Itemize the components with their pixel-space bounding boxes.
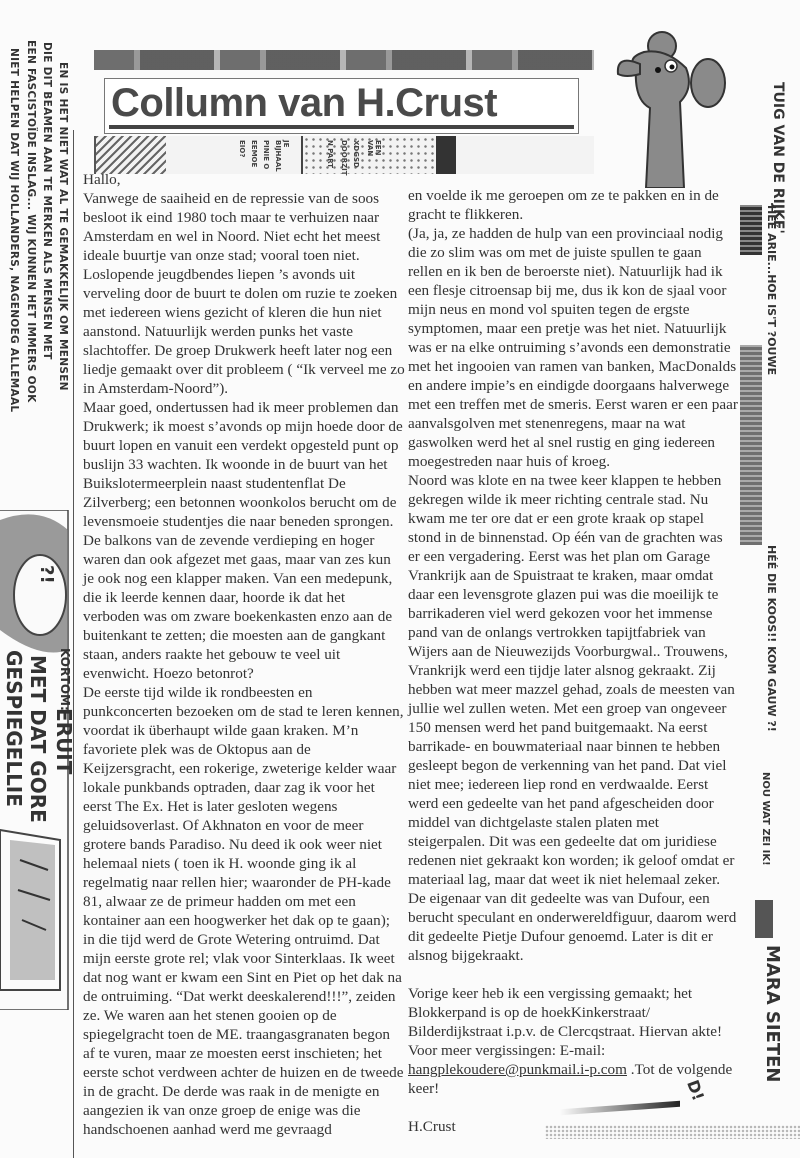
banner-snippet: EEN VAN [366, 140, 382, 170]
banner-snippet: JE BIJHAAL [274, 140, 290, 172]
margin-note-handwritten: NIET HELPEN DAT WIJ HOLLANDERS, NAGENOEG… [8, 48, 20, 412]
scan-texture [545, 1125, 800, 1139]
column-title-box: Collumn van H.Crust [104, 78, 579, 134]
comic-faces-illustration [96, 136, 166, 174]
comic-fragment [740, 205, 762, 255]
article-paragraph: De eerste tijd wilde ik rondbeesten en p… [83, 683, 405, 1139]
ink-blot [755, 900, 773, 938]
margin-note-handwritten: KORTOM: [58, 648, 72, 711]
margin-note-handwritten-large: MARA SIETEN [762, 945, 783, 1083]
margin-note-handwritten: EN IS HET NIET WAT AL TE GEMAKKELIJK OM … [57, 62, 69, 391]
margin-note-handwritten: NOU WAT ZEI IK! [760, 772, 771, 866]
article-paragraph: Noord was klote en na twee keer klappen … [408, 471, 738, 965]
article-paragraph: en voelde ik me geroepen om ze te pakken… [408, 186, 738, 224]
margin-note-handwritten-large: ERUIT [52, 708, 76, 774]
header-banner: Collumn van H.Crust EIO? EEMOE PINIE O J… [90, 40, 640, 170]
article-paragraph: Maar goed, ondertussen had ik meer probl… [83, 398, 405, 683]
page-title: Collumn van H.Crust [111, 81, 497, 126]
title-underline [109, 125, 574, 129]
banner-collage-strip [94, 50, 594, 70]
greeting: Hallo, [83, 170, 405, 189]
margin-note-handwritten: EEN FASCISTOÏDE INSLAG... WIJ KUNNEN HET… [25, 40, 37, 403]
banner-snippet: N PART [326, 140, 334, 168]
banner-snippet: EIO? [238, 140, 246, 157]
margin-note-handwritten: HÉÉ ARIE...HOE IS'T ?OUWE [765, 205, 778, 375]
article-column-right: en voelde ik me geroepen om ze te pakken… [408, 186, 738, 1136]
comic-fragment [740, 345, 762, 545]
margin-note-handwritten: DIE DIT BEAMEN AAN TE MERKEN ALS MENSEN … [41, 42, 53, 360]
article-paragraph: (Ja, ja, ze hadden de hulp van een provi… [408, 224, 738, 471]
banner-snippet: EEMOE [250, 140, 258, 167]
article-column-left: Hallo, Vanwege de saaiheid en de repress… [83, 170, 405, 1139]
mouse-illustration [596, 28, 726, 188]
banner-snippet: PINIE O [262, 140, 270, 169]
comic-bubble-text: ?! [36, 565, 57, 584]
banner-dark-bar [436, 136, 456, 174]
margin-note-handwritten-large: GESPIEGELLIE [2, 650, 26, 807]
article-paragraph: Vanwege de saaiheid en de repressie van … [83, 189, 405, 398]
paragraph-spacer [408, 965, 738, 984]
margin-note-handwritten-large: MET DAT GORE [26, 655, 50, 823]
email-link[interactable]: hangplekoudere@punkmail.i-p.com [408, 1061, 627, 1078]
closing-text: Vorige keer heb ik een vergissing gemaak… [408, 985, 722, 1059]
margin-note-handwritten: HÉÉ DIE KOOS!! KOM GAUW ?! [765, 545, 778, 732]
banner-snippet: XDGSD [352, 140, 360, 168]
